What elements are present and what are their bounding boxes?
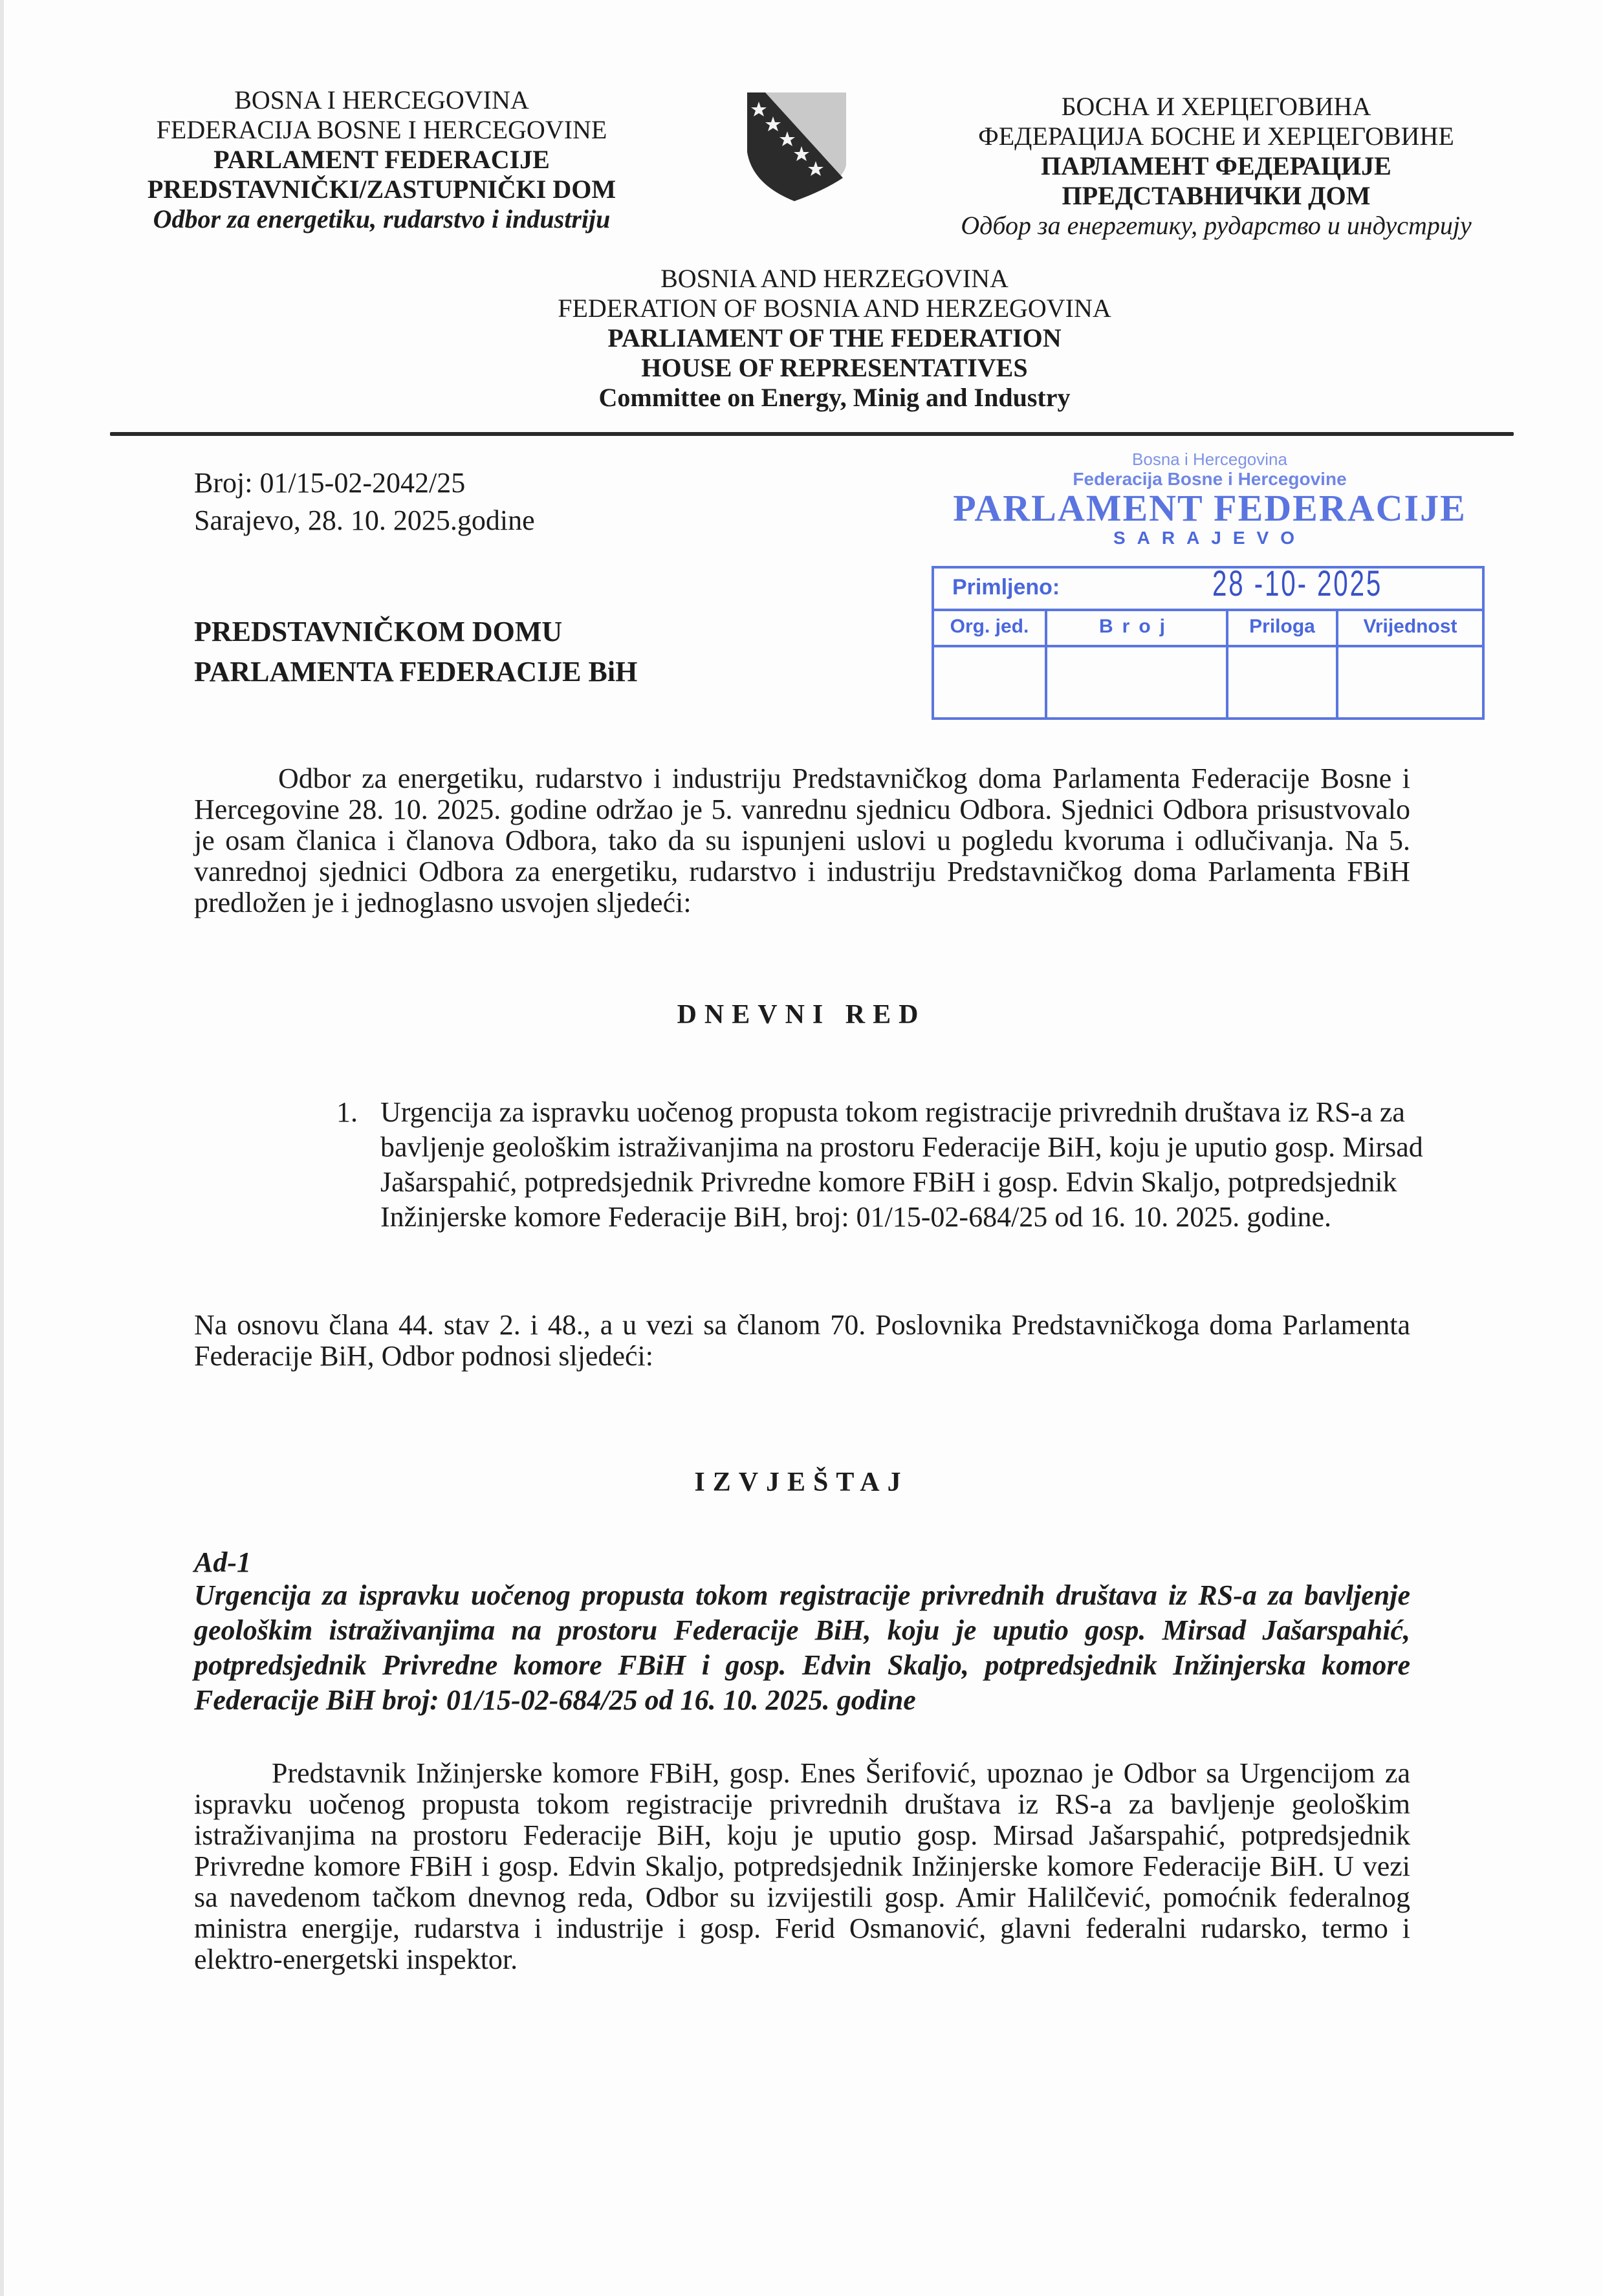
header-divider (110, 432, 1514, 436)
agenda-title: DNEVNI RED (0, 999, 1603, 1030)
stamp-parliament: PARLAMENT FEDERACIJE (932, 490, 1488, 527)
header-english: BOSNIA AND HERZEGOVINA FEDERATION OF BOS… (414, 264, 1255, 413)
received-stamp: Bosna i Hercegovina Federacija Bosne i H… (932, 449, 1488, 549)
stamp-columns: Org. jed. Broj Priloga Vrijednost (934, 609, 1482, 717)
stamp-col-org: Org. jed. (934, 609, 1047, 717)
header-country-en: BOSNIA AND HERZEGOVINA (414, 264, 1255, 294)
header-house-cyr: ПРЕДСТАВНИЧКИ ДОМ (944, 181, 1488, 211)
addressee-line-1: PREDSTAVNIČKOM DOMU (194, 612, 637, 652)
ad-paragraph: Predstavnik Inžinjerske komore FBiH, gos… (194, 1758, 1410, 1975)
intro-paragraph: Odbor za energetiku, rudarstvo i industr… (194, 763, 1410, 918)
addressee-line-2: PARLAMENTA FEDERACIJE BiH (194, 652, 637, 692)
addressee: PREDSTAVNIČKOM DOMU PARLAMENTA FEDERACIJ… (194, 612, 637, 692)
stamp-col-value: Vrijednost (1338, 609, 1482, 717)
document-number: Broj: 01/15-02-2042/25 (194, 464, 535, 502)
header-house: PREDSTAVNIČKI/ZASTUPNIČKI DOM (129, 175, 634, 204)
stamp-received-row: Primljeno: 28 -10- 2025 (934, 569, 1482, 611)
header-bosnian: BOSNA I HERCEGOVINA FEDERACIJA BOSNE I H… (129, 85, 634, 234)
ad-label: Ad-1 (194, 1546, 251, 1579)
header-country-cyr: БОСНА И ХЕРЦЕГОВИНА (944, 92, 1488, 122)
stamp-received-label: Primljeno: (952, 575, 1060, 600)
header-house-en: HOUSE OF REPRESENTATIVES (414, 353, 1255, 383)
scan-edge (0, 0, 4, 2296)
header-entity-en: FEDERATION OF BOSNIA AND HERZEGOVINA (414, 294, 1255, 323)
header-entity-cyr: ФЕДЕРАЦИЈА БОСНЕ И ХЕРЦЕГОВИНЕ (944, 122, 1488, 151)
document-date: Sarajevo, 28. 10. 2025.godine (194, 502, 535, 539)
stamp-country: Bosna i Hercegovina (932, 449, 1488, 469)
stamp-table: Primljeno: 28 -10- 2025 Org. jed. Broj P… (932, 566, 1485, 720)
header-cyrillic: БОСНА И ХЕРЦЕГОВИНА ФЕДЕРАЦИЈА БОСНЕ И Х… (944, 92, 1488, 241)
stamp-col-number: Broj (1047, 609, 1228, 717)
agenda-item: 1. Urgencija za ispravku uočenog propust… (336, 1095, 1423, 1235)
stamp-received-date: 28 -10- 2025 (1212, 562, 1382, 604)
header-committee-cyr: Одбор за енергетику, рударство и индустр… (944, 211, 1488, 241)
stamp-col-label: Org. jed. (934, 609, 1045, 647)
agenda-list: 1. Urgencija za ispravku uočenog propust… (336, 1095, 1423, 1235)
stamp-city: SARAJEVO (932, 527, 1488, 549)
stamp-col-attachments: Priloga (1228, 609, 1338, 717)
stamp-col-label: Priloga (1228, 609, 1336, 647)
header-parliament-cyr: ПАРЛАМЕНТ ФЕДЕРАЦИЈЕ (944, 151, 1488, 181)
coat-of-arms-icon (739, 87, 853, 204)
header-country: BOSNA I HERCEGOVINA (129, 85, 634, 115)
header-entity: FEDERACIJA BOSNE I HERCEGOVINE (129, 115, 634, 145)
stamp-col-label: Vrijednost (1338, 609, 1482, 647)
header-parliament-en: PARLIAMENT OF THE FEDERATION (414, 323, 1255, 353)
agenda-item-number: 1. (336, 1095, 358, 1130)
report-title: IZVJEŠTAJ (0, 1467, 1603, 1498)
ad-title: Urgencija za ispravku uočenog propusta t… (194, 1578, 1410, 1718)
header-committee-en: Committee on Energy, Minig and Industry (414, 383, 1255, 413)
agenda-item-text: Urgencija za ispravku uočenog propusta t… (380, 1095, 1423, 1235)
legal-basis-paragraph: Na osnovu člana 44. stav 2. i 48., a u v… (194, 1310, 1410, 1372)
stamp-col-label: Broj (1047, 609, 1226, 647)
header-committee: Odbor za energetiku, rudarstvo i industr… (129, 204, 634, 234)
document-meta: Broj: 01/15-02-2042/25 Sarajevo, 28. 10.… (194, 464, 535, 539)
header-parliament: PARLAMENT FEDERACIJE (129, 145, 634, 175)
